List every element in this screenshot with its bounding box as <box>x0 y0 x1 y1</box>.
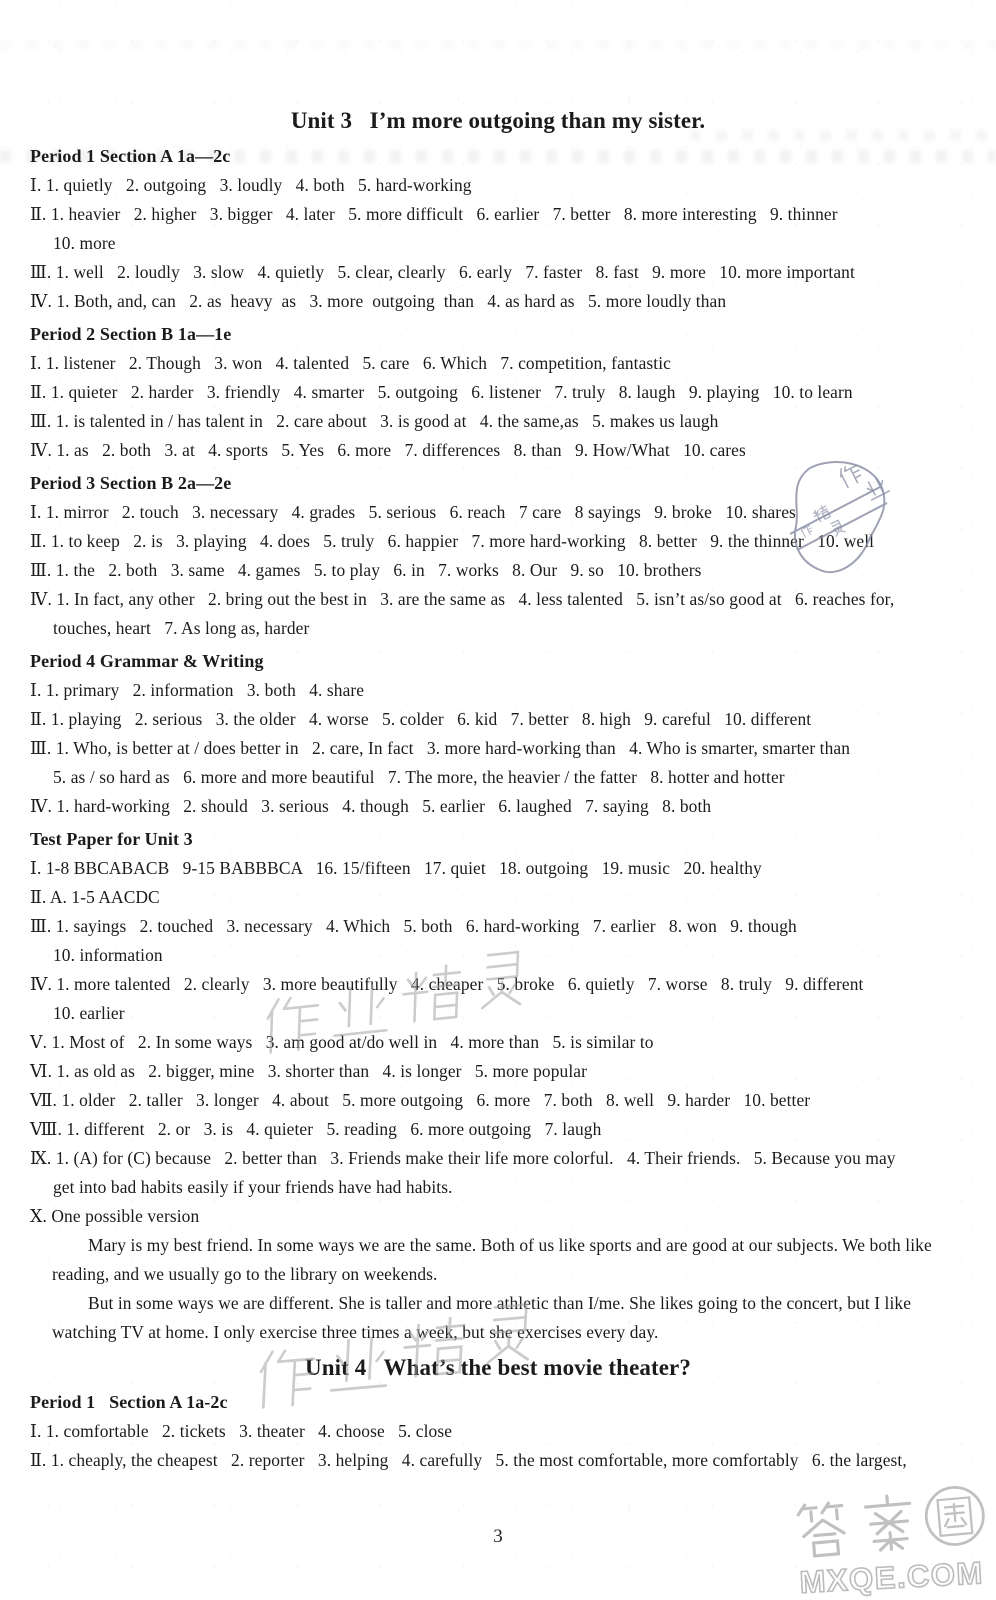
answer-line: Ⅰ. 1. quietly 2. outgoing 3. loudly 4. b… <box>30 171 996 200</box>
answer-line: Ⅲ. 1. is talented in / has talent in 2. … <box>30 407 996 436</box>
answer-line: Ⅰ. 1. listener 2. Though 3. won 4. talen… <box>30 349 996 378</box>
answer-line: reading, and we usually go to the librar… <box>30 1260 996 1289</box>
section-heading: Period 2 Section B 1a—1e <box>30 320 996 349</box>
page-number: 3 <box>0 1522 996 1551</box>
answer-line: Ⅱ. A. 1-5 AACDC <box>30 883 996 912</box>
answer-line: Ⅶ. 1. older 2. taller 3. longer 4. about… <box>30 1086 996 1115</box>
answer-line: Ⅱ. 1. cheaply, the cheapest 2. reporter … <box>30 1446 996 1475</box>
section-heading: Period 4 Grammar & Writing <box>30 647 996 676</box>
answer-line: Ⅳ. 1. Both, and, can 2. as heavy as 3. m… <box>30 287 996 316</box>
answer-line: Ⅱ. 1. to keep 2. is 3. playing 4. does 5… <box>30 527 996 556</box>
answer-line: Ⅰ. 1. comfortable 2. tickets 3. theater … <box>30 1417 996 1446</box>
unit-title: Unit 4 What’s the best movie theater? <box>30 1351 966 1384</box>
section-heading: Test Paper for Unit 3 <box>30 825 996 854</box>
answer-line: Ⅸ. 1. (A) for (C) because 2. better than… <box>30 1144 996 1173</box>
answer-line: But in some ways we are different. She i… <box>30 1289 996 1318</box>
answer-line: Ⅱ. 1. quieter 2. harder 3. friendly 4. s… <box>30 378 996 407</box>
answer-line: Ⅳ. 1. In fact, any other 2. bring out th… <box>30 585 996 614</box>
answer-line: Ⅲ. 1. the 2. both 3. same 4. games 5. to… <box>30 556 996 585</box>
answer-line: 10. earlier <box>30 999 996 1028</box>
answer-line: Ⅲ. 1. well 2. loudly 3. slow 4. quietly … <box>30 258 996 287</box>
answer-line: Ⅰ. 1-8 BBCABACB 9-15 BABBBCA 16. 15/fift… <box>30 854 996 883</box>
answer-line: Ⅰ. 1. mirror 2. touch 3. necessary 4. gr… <box>30 498 996 527</box>
section-heading: Period 1 Section A 1a—2c <box>30 142 996 171</box>
answer-line: touches, heart 7. As long as, harder <box>30 614 996 643</box>
unit-title: Unit 3 I’m more outgoing than my sister. <box>30 104 966 137</box>
answer-line: Ⅴ. 1. Most of 2. In some ways 3. am good… <box>30 1028 996 1057</box>
watermark-site-text: MXQE.COM <box>799 1555 985 1598</box>
answer-line: Ⅵ. 1. as old as 2. bigger, mine 3. short… <box>30 1057 996 1086</box>
answer-line: Ⅹ. One possible version <box>30 1202 996 1231</box>
answer-line: get into bad habits easily if your frien… <box>30 1173 996 1202</box>
answer-line: Ⅷ. 1. different 2. or 3. is 4. quieter 5… <box>30 1115 996 1144</box>
answer-line: Ⅲ. 1. sayings 2. touched 3. necessary 4.… <box>30 912 996 941</box>
answer-line: Ⅱ. 1. playing 2. serious 3. the older 4.… <box>30 705 996 734</box>
answer-line: watching TV at home. I only exercise thr… <box>30 1318 996 1347</box>
answer-line: Ⅲ. 1. Who, is better at / does better in… <box>30 734 996 763</box>
answer-line: 10. information <box>30 941 996 970</box>
scanned-answer-page: { "document": { "page_number": "3", "wat… <box>0 0 996 1600</box>
section-heading: Period 3 Section B 2a—2e <box>30 469 996 498</box>
answer-line: Mary is my best friend. In some ways we … <box>30 1231 996 1260</box>
answer-line: 5. as / so hard as 6. more and more beau… <box>30 763 996 792</box>
answers: Unit 3 I’m more outgoing than my sister.… <box>0 0 996 1475</box>
answer-line: 10. more <box>30 229 996 258</box>
answer-line: Ⅳ. 1. as 2. both 3. at 4. sports 5. Yes … <box>30 436 996 465</box>
answer-line: Ⅳ. 1. more talented 2. clearly 3. more b… <box>30 970 996 999</box>
answer-line: Ⅱ. 1. heavier 2. higher 3. bigger 4. lat… <box>30 200 996 229</box>
section-heading: Period 1 Section A 1a-2c <box>30 1388 996 1417</box>
answer-line: Ⅰ. 1. primary 2. information 3. both 4. … <box>30 676 996 705</box>
answer-line: Ⅳ. 1. hard-working 2. should 3. serious … <box>30 792 996 821</box>
